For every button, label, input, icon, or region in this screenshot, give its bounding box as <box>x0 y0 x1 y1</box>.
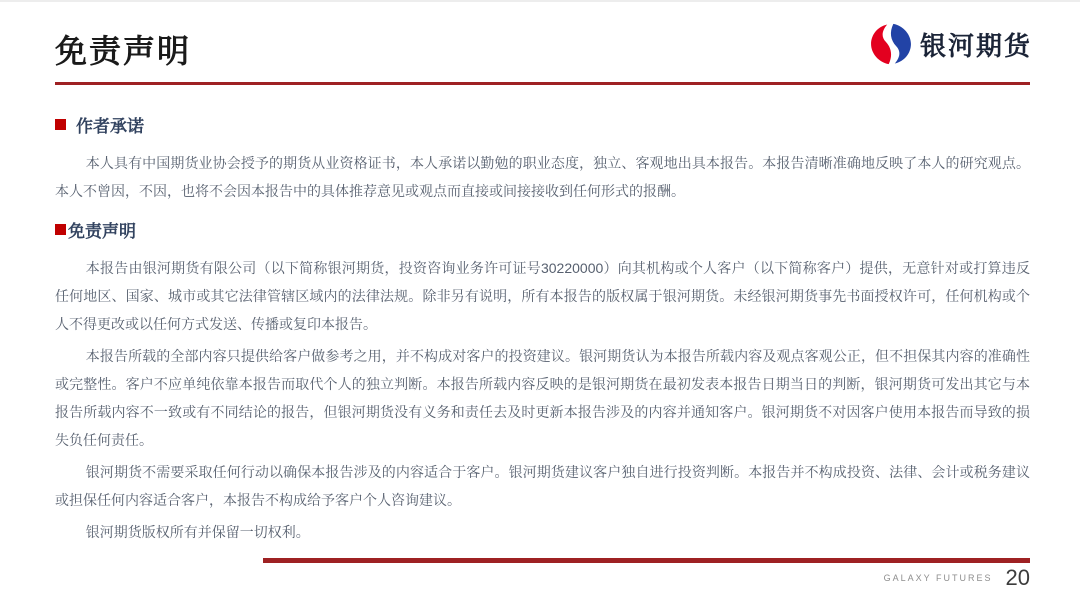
header-divider <box>55 82 1030 85</box>
disclaimer-paragraph: 本人具有中国期货业协会授予的期货从业资格证书，本人承诺以勤勉的职业态度，独立、客… <box>55 149 1030 205</box>
disclaimer-paragraph: 银河期货不需要采取任何行动以确保本报告涉及的内容适合于客户。银河期货建议客户独自… <box>55 458 1030 514</box>
footer-divider <box>263 558 1030 563</box>
disclaimer-paragraph: 银河期货版权所有并保留一切权利。 <box>55 518 1030 546</box>
brand-logo: 银河期货 <box>870 23 1032 65</box>
section-heading-label: 免责声明 <box>68 217 136 242</box>
footer-brand: GALAXY FUTURES <box>884 573 993 583</box>
page-number: 20 <box>1006 565 1030 591</box>
section-heading-label: 作者承诺 <box>76 112 144 137</box>
galaxy-swirl-icon <box>870 23 912 65</box>
brand-name: 银河期货 <box>920 26 1032 63</box>
disclaimer-body: 作者承诺 本人具有中国期货业协会授予的期货从业资格证书，本人承诺以勤勉的职业态度… <box>55 104 1030 550</box>
disclaimer-paragraph: 本报告由银河期货有限公司（以下简称银河期货，投资咨询业务许可证号30220000… <box>55 254 1030 338</box>
disclaimer-paragraph: 本报告所载的全部内容只提供给客户做参考之用，并不构成对客户的投资建议。银河期货认… <box>55 342 1030 454</box>
disclaimer-section: 作者承诺 本人具有中国期货业协会授予的期货从业资格证书，本人承诺以勤勉的职业态度… <box>55 112 1030 205</box>
section-heading: 免责声明 <box>55 217 1030 242</box>
disclaimer-section: 免责声明 本报告由银河期货有限公司（以下简称银河期货，投资咨询业务许可证号302… <box>55 217 1030 546</box>
bullet-square-icon <box>55 224 66 235</box>
footer-meta: GALAXY FUTURES 20 <box>884 565 1030 591</box>
bullet-square-icon <box>55 119 66 130</box>
page-title: 免责声明 <box>55 26 191 72</box>
section-heading: 作者承诺 <box>55 112 1030 137</box>
disclaimer-slide: 免责声明 银河期货 作者承诺 本人具有中国期货业协会授予的期货从业资格证书，本人… <box>0 0 1080 608</box>
